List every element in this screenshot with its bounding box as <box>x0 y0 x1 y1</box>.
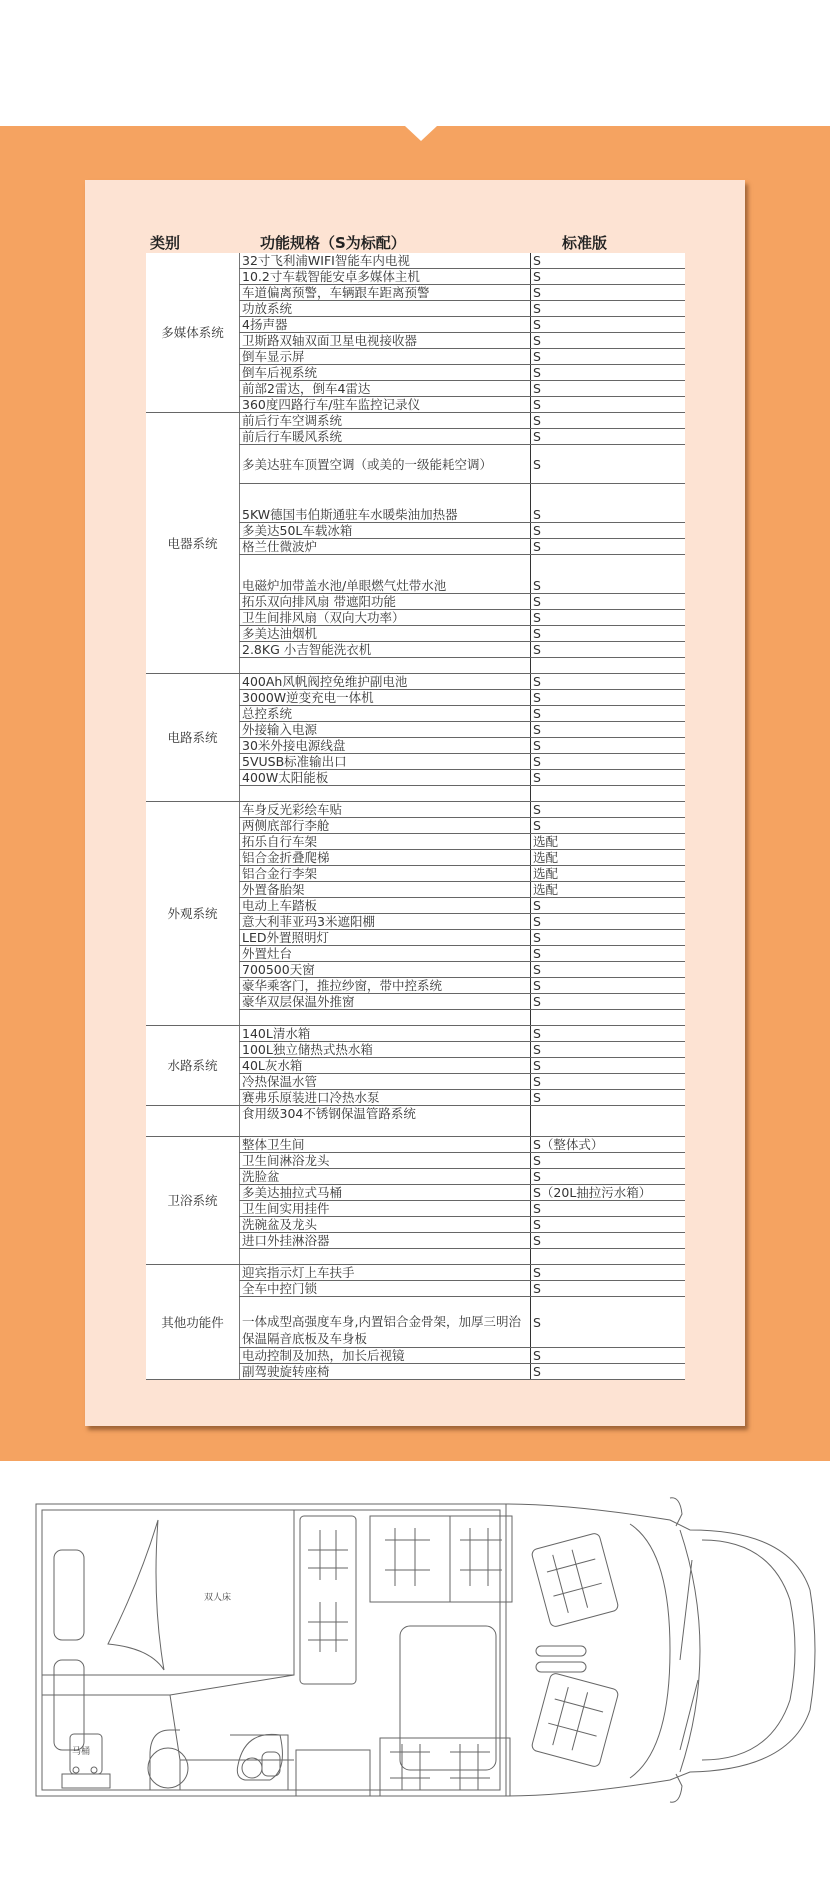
category-cell: 多媒体系统 <box>146 253 240 413</box>
feature-cell: 一体成型高强度车身,内置铝合金骨架，加厚三明治保温隔音底板及车身板 <box>240 1297 531 1348</box>
category-cell: 卫浴系统 <box>146 1137 240 1265</box>
value-cell: S <box>531 1026 686 1042</box>
bed-label: 双人床 <box>204 1590 231 1603</box>
feature-cell: 前后行车空调系统 <box>240 413 531 429</box>
category-cell: 其他功能件 <box>146 1265 240 1380</box>
value-cell: S <box>531 253 686 269</box>
feature-cell: 副驾驶旋转座椅 <box>240 1364 531 1380</box>
feature-cell: 倒车显示屏 <box>240 349 531 365</box>
value-cell: 选配 <box>531 834 686 850</box>
feature-cell: 多美达50L车载冰箱 <box>240 523 531 539</box>
value-cell: S <box>531 626 686 642</box>
feature-cell: 4扬声器 <box>240 317 531 333</box>
header-standard: 标准版 <box>562 232 607 253</box>
dashboard <box>630 1524 670 1778</box>
feature-cell: 40L灰水箱 <box>240 1058 531 1074</box>
table-row: 水路系统 140L清水箱 S <box>146 1026 685 1042</box>
value-cell: S <box>531 539 686 555</box>
feature-cell: 卫生间排风扇（双向大功率） <box>240 610 531 626</box>
bench-seat-1 <box>370 1516 450 1602</box>
feature-cell: 外置备胎架 <box>240 882 531 898</box>
value-cell: S <box>531 269 686 285</box>
value-cell: S <box>531 555 686 594</box>
sink-round <box>148 1748 188 1788</box>
value-cell: S <box>531 610 686 626</box>
value-cell: S <box>531 413 686 429</box>
spacer-row <box>146 1121 685 1137</box>
header-category: 类别 <box>150 232 180 253</box>
feature-cell: 电磁炉加带盖水池/单眼燃气灶带水池 <box>240 555 531 594</box>
value-cell: S <box>531 1169 686 1185</box>
feature-cell: 多美达油烟机 <box>240 626 531 642</box>
category-cell: 水路系统 <box>146 1026 240 1106</box>
value-cell: S <box>531 1201 686 1217</box>
value-cell: S <box>531 706 686 722</box>
spec-card: 类别 功能规格（S为标配） 标准版 多媒体系统 32寸飞利浦WIFI智能车内电视… <box>85 180 745 1426</box>
feature-cell: 400Ah风帆阀控免维护副电池 <box>240 674 531 690</box>
table-row: 多媒体系统 32寸飞利浦WIFI智能车内电视 S <box>146 253 685 269</box>
value-cell: S <box>531 1217 686 1233</box>
toilet-label: 马桶 <box>72 1744 90 1757</box>
value-cell: S <box>531 484 686 523</box>
rear-cabinet-2 <box>54 1660 84 1750</box>
dining-table <box>400 1626 496 1770</box>
value-cell: S <box>531 365 686 381</box>
driver-seat <box>531 1532 619 1627</box>
value-cell: 选配 <box>531 866 686 882</box>
value-cell: S <box>531 818 686 834</box>
feature-cell: 700500天窗 <box>240 962 531 978</box>
mirror-right <box>670 1774 682 1802</box>
value-cell: S <box>531 754 686 770</box>
feature-cell: 洗碗盆及龙头 <box>240 1217 531 1233</box>
stove <box>237 1734 282 1780</box>
table-row: 卫浴系统 整体卫生间 S（整体式） <box>146 1137 685 1153</box>
feature-cell: 豪华乘客门，推拉纱窗，带中控系统 <box>240 978 531 994</box>
feature-cell: 拓乐自行车架 <box>240 834 531 850</box>
feature-cell: 倒车后视系统 <box>240 365 531 381</box>
bench-seat-2 <box>450 1516 512 1602</box>
header-feature: 功能规格（S为标配） <box>260 232 406 253</box>
feature-cell: 两侧底部行李舱 <box>240 818 531 834</box>
value-cell: S <box>531 802 686 818</box>
feature-cell: 400W太阳能板 <box>240 770 531 786</box>
value-cell: S <box>531 962 686 978</box>
value-cell: S <box>531 994 686 1010</box>
feature-cell: 电动上车踏板 <box>240 898 531 914</box>
table-row: 食用级304不锈钢保温管路系统 <box>146 1106 685 1122</box>
bed-outline <box>42 1510 294 1675</box>
feature-cell: 食用级304不锈钢保温管路系统 <box>240 1106 531 1122</box>
feature-cell: 铝合金折叠爬梯 <box>240 850 531 866</box>
feature-cell: 迎宾指示灯上车扶手 <box>240 1265 531 1281</box>
kitchen-cabinet <box>296 1750 370 1796</box>
feature-cell: 3000W逆变充电一体机 <box>240 690 531 706</box>
table-row: 外观系统 车身反光彩绘车贴 S <box>146 802 685 818</box>
value-cell: S <box>531 397 686 413</box>
feature-cell: 功放系统 <box>240 301 531 317</box>
category-cell: 电路系统 <box>146 674 240 802</box>
feature-cell: 30米外接电源线盘 <box>240 738 531 754</box>
floor-plan-drawing <box>30 1490 820 1810</box>
feature-cell: 外置灶台 <box>240 946 531 962</box>
value-cell <box>531 1106 686 1122</box>
windshield <box>680 1530 700 1772</box>
feature-cell: 卫生间淋浴龙头 <box>240 1153 531 1169</box>
feature-cell: 进口外挂淋浴器 <box>240 1233 531 1249</box>
feature-cell: 整体卫生间 <box>240 1137 531 1153</box>
feature-cell: 32寸飞利浦WIFI智能车内电视 <box>240 253 531 269</box>
value-cell: S <box>531 642 686 658</box>
side-sofa <box>300 1516 356 1684</box>
feature-cell: 总控系统 <box>240 706 531 722</box>
rv-floor-plan: 双人床 马桶 <box>30 1490 820 1810</box>
value-cell: S <box>531 301 686 317</box>
feature-cell: 洗脸盆 <box>240 1169 531 1185</box>
mirror-left <box>670 1498 682 1526</box>
value-cell: S <box>531 317 686 333</box>
feature-cell: 豪华双层保温外推窗 <box>240 994 531 1010</box>
value-cell: 选配 <box>531 882 686 898</box>
feature-cell: 赛弗乐原装进口冷热水泵 <box>240 1090 531 1106</box>
rear-cabinet-1 <box>54 1550 84 1640</box>
value-cell: S <box>531 898 686 914</box>
feature-cell: 意大利菲亚玛3米遮阳棚 <box>240 914 531 930</box>
notch-triangle <box>405 126 437 141</box>
feature-cell: 140L清水箱 <box>240 1026 531 1042</box>
feature-cell: 前部2雷达，倒车4雷达 <box>240 381 531 397</box>
value-cell: S <box>531 1233 686 1249</box>
value-cell: S <box>531 333 686 349</box>
feature-cell: 外接输入电源 <box>240 722 531 738</box>
feature-cell: 格兰仕微波炉 <box>240 539 531 555</box>
value-cell: S <box>531 770 686 786</box>
value-cell: S <box>531 1297 686 1348</box>
value-cell: S <box>531 1042 686 1058</box>
table-row: 电路系统 400Ah风帆阀控免维护副电池 S <box>146 674 685 690</box>
feature-cell: 卫生间实用挂件 <box>240 1201 531 1217</box>
value-cell: S <box>531 738 686 754</box>
feature-cell: 冷热保温水管 <box>240 1074 531 1090</box>
value-cell: S <box>531 722 686 738</box>
feature-cell: 全车中控门锁 <box>240 1281 531 1297</box>
value-cell: S（整体式） <box>531 1137 686 1153</box>
top-blank-area <box>0 0 830 126</box>
feature-cell: 2.8KG 小吉智能洗衣机 <box>240 642 531 658</box>
feature-cell: 前后行车暖风系统 <box>240 429 531 445</box>
feature-cell: 车道偏离预警，车辆跟车距离预警 <box>240 285 531 301</box>
hood <box>702 1540 795 1760</box>
value-cell: S（20L抽拉污水箱） <box>531 1185 686 1201</box>
value-cell: S <box>531 946 686 962</box>
value-cell: 选配 <box>531 850 686 866</box>
feature-cell: 车身反光彩绘车贴 <box>240 802 531 818</box>
value-cell: S <box>531 285 686 301</box>
value-cell: S <box>531 381 686 397</box>
feature-cell: 多美达抽拉式马桶 <box>240 1185 531 1201</box>
value-cell: S <box>531 674 686 690</box>
value-cell: S <box>531 690 686 706</box>
value-cell: S <box>531 594 686 610</box>
value-cell: S <box>531 914 686 930</box>
cab-outline <box>506 1504 815 1796</box>
table-row: 电器系统 前后行车空调系统 S <box>146 413 685 429</box>
value-cell: S <box>531 1153 686 1169</box>
feature-cell: 360度四路行车/驻车监控记录仪 <box>240 397 531 413</box>
value-cell: S <box>531 1090 686 1106</box>
feature-cell: 铝合金行李架 <box>240 866 531 882</box>
value-cell: S <box>531 1265 686 1281</box>
value-cell: S <box>531 1364 686 1380</box>
value-cell: S <box>531 1074 686 1090</box>
value-cell: S <box>531 445 686 484</box>
value-cell: S <box>531 349 686 365</box>
table-row: 其他功能件 迎宾指示灯上车扶手 S <box>146 1265 685 1281</box>
feature-cell: 多美达驻车顶置空调（或美的一级能耗空调） <box>240 445 531 484</box>
category-cell: 外观系统 <box>146 802 240 1026</box>
value-cell: S <box>531 1281 686 1297</box>
value-cell: S <box>531 978 686 994</box>
value-cell: S <box>531 429 686 445</box>
feature-cell: 拓乐双向排风扇 带遮阳功能 <box>240 594 531 610</box>
feature-cell: 5VUSB标准输出口 <box>240 754 531 770</box>
passenger-seat <box>531 1672 619 1767</box>
value-cell: S <box>531 523 686 539</box>
feature-cell: 电动控制及加热，加长后视镜 <box>240 1348 531 1364</box>
feature-cell: 10.2寸车载智能安卓多媒体主机 <box>240 269 531 285</box>
feature-cell: 100L独立储热式热水箱 <box>240 1042 531 1058</box>
value-cell: S <box>531 930 686 946</box>
feature-cell: 卫斯路双轴双面卫星电视接收器 <box>240 333 531 349</box>
spec-table: 多媒体系统 32寸飞利浦WIFI智能车内电视 S 10.2寸车载智能安卓多媒体主… <box>146 253 685 1380</box>
feature-cell: 5KW德国韦伯斯通驻车水暖柴油加热器 <box>240 484 531 523</box>
value-cell: S <box>531 1348 686 1364</box>
value-cell: S <box>531 1058 686 1074</box>
category-cell: 电器系统 <box>146 413 240 674</box>
feature-cell: LED外置照明灯 <box>240 930 531 946</box>
bed-fold <box>108 1520 164 1670</box>
